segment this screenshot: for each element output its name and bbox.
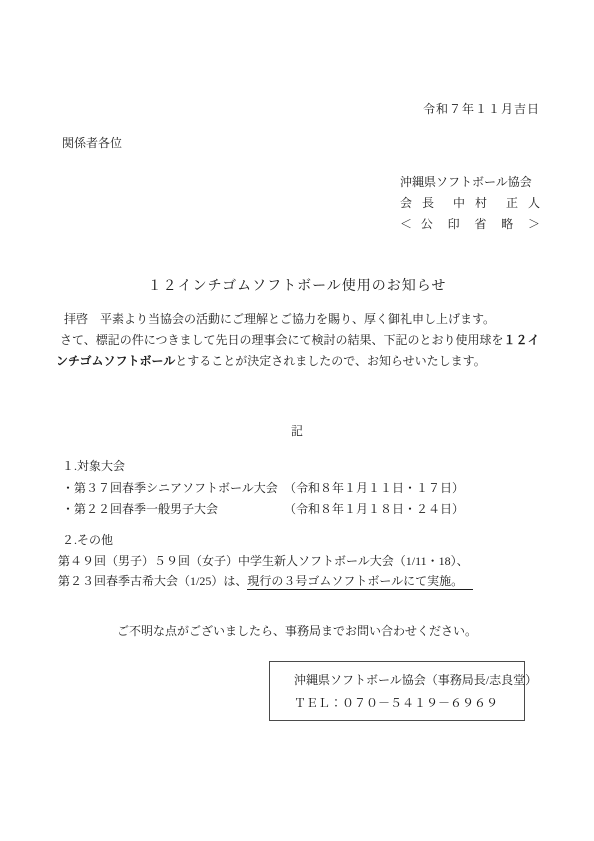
tournament-date: （令和８年１月１８日・２４日）	[284, 500, 464, 517]
closing-inquiry-line: ご不明な点がございましたら、事務局までお問い合わせください。	[0, 622, 594, 639]
sender-organization: 沖縄県ソフトボール協会	[400, 172, 540, 193]
main-paragraph: さて、標記の件につきまして先日の理事会にて検討の結果、下記のとおり使用球を１２イ…	[56, 330, 540, 372]
section2-heading: ２.その他	[62, 531, 113, 548]
tournament-name: ・第３７回春季シニアソフトボール大会	[62, 479, 284, 496]
tournament-name: ・第２２回春季一般男子大会	[62, 500, 284, 517]
record-heading: 記	[0, 422, 594, 439]
sender-block: 沖縄県ソフトボール協会 会 長 中 村 正 人 ＜ 公 印 省 略 ＞	[400, 172, 540, 235]
document-title: １２インチゴムソフトボール使用のお知らせ	[0, 275, 594, 295]
notice-document-page: 令和７年１１月吉日 関係者各位 沖縄県ソフトボール協会 会 長 中 村 正 人 …	[0, 0, 594, 841]
main-paragraph-post: とすることが決定されましたので、お知らせいたします。	[175, 354, 485, 368]
other-line2-pre: 第２３回春季古希大会（1/25）は、	[58, 574, 247, 588]
tournament-list-item: ・第２２回春季一般男子大会 （令和８年１月１８日・２４日）	[62, 500, 464, 517]
tournament-date: （令和８年１月１１日・１７日）	[284, 479, 464, 496]
other-tournaments-conclusion: 第２３回春季古希大会（1/25）は、現行の３号ゴムソフトボールにて実施。	[58, 572, 473, 589]
other-tournaments-line: 第４９回（男子）５９回（女子）中学生新人ソフトボール大会（1/11・18）、	[58, 552, 469, 569]
tournament-list-item: ・第３７回春季シニアソフトボール大会 （令和８年１月１１日・１７日）	[62, 479, 464, 496]
date-line: 令和７年１１月吉日	[423, 100, 540, 117]
section1-heading: １.対象大会	[62, 457, 125, 474]
contact-organization-line: 沖縄県ソフトボール協会（事務局長/志良堂）	[294, 669, 524, 692]
current-ball-underlined-run: 現行の３号ゴムソフトボールにて実施。	[247, 574, 473, 590]
sender-president-name: 会 長 中 村 正 人	[400, 193, 540, 214]
sender-seal-omitted-note: ＜ 公 印 省 略 ＞	[400, 214, 540, 235]
contact-telephone-line: ＴＥＬ：０７０－５４１９－６９６９	[294, 692, 524, 715]
recipient-line: 関係者各位	[62, 134, 122, 151]
body-paragraphs: 拝啓 平素より当協会の活動にご理解とご協力を賜り、厚く御礼申し上げます。 さて、…	[56, 309, 540, 372]
main-paragraph-pre: さて、標記の件につきまして先日の理事会にて検討の結果、下記のとおり使用球を	[60, 333, 504, 347]
greeting-paragraph: 拝啓 平素より当協会の活動にご理解とご協力を賜り、厚く御礼申し上げます。	[56, 309, 540, 330]
contact-info-box: 沖縄県ソフトボール協会（事務局長/志良堂） ＴＥＬ：０７０－５４１９－６９６９	[269, 661, 525, 721]
